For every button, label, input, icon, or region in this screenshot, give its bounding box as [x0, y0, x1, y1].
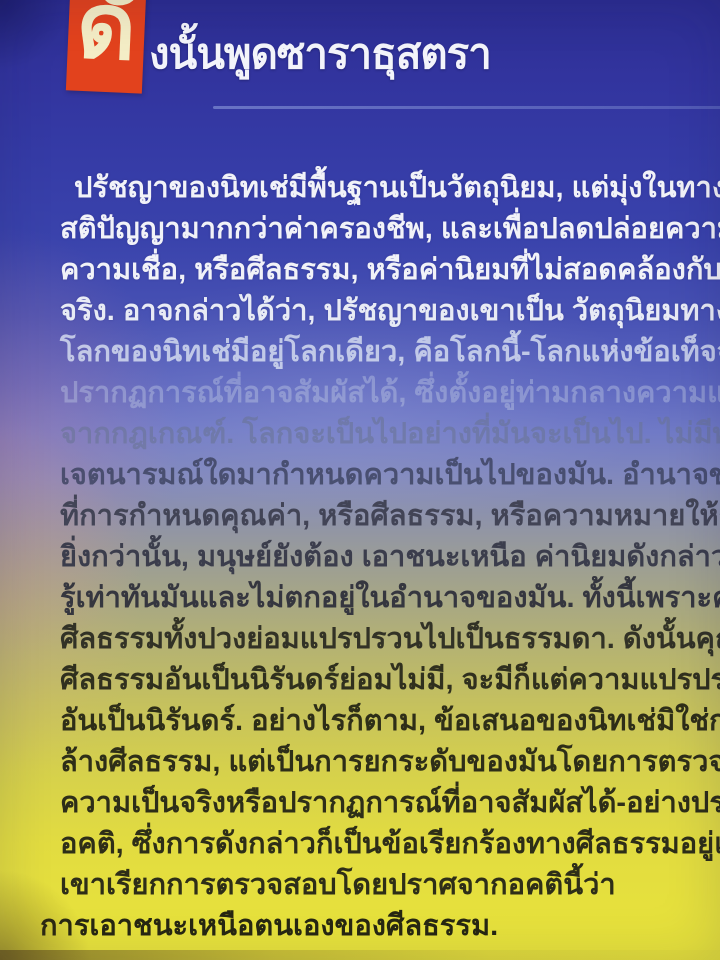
text-line-regular: โลกของนิทเช่มีอยู่โลกเดียว, คือโลกนี้-โล… [60, 336, 720, 368]
text-line-regular: จากกฎเกณฑ์. โลกจะเป็นไปอย่างที่มันจะเป็น… [60, 418, 720, 450]
text-line: ล้างศีลธรรม, แต่เป็นการยกระดับของมันโดยก… [60, 742, 696, 783]
text-line: อคติ, ซึ่งการดังกล่าวก็เป็นข้อเรียกร้องท… [60, 824, 696, 865]
text-line-regular: อคติ, ซึ่งการดังกล่าวก็เป็นข้อเรียกร้องท… [60, 828, 720, 860]
text-line-regular: ที่การกำหนดคุณค่า, หรือศีลธรรม, หรือความ… [60, 500, 720, 532]
book-page: ดั งนั้นพูดซาราธุสตรา ปรัชญาของนิทเช่มีพ… [0, 0, 720, 960]
text-line: ที่การกำหนดคุณค่า, หรือศีลธรรม, หรือความ… [60, 496, 696, 537]
text-line-regular: เขาเรียกการตรวจสอบโดยปราศจากอคตินี้ว่า [60, 869, 616, 901]
text-line-regular: อันเป็นนิรันดร์. อย่างไรก็ตาม, ข้อเสนอขอ… [60, 705, 720, 737]
header-divider-line [213, 106, 720, 109]
text-line-regular: ล้างศีลธรรม, แต่เป็นการยกระดับของมันโดยก… [60, 746, 720, 778]
text-line: ความเชื่อ, หรือศีลธรรม, หรือค่านิยมที่ไม… [60, 250, 696, 291]
text-line-bold: วัตถุนิยมทางศีลธรรม [572, 295, 720, 327]
text-line-regular: สติปัญญามากกว่าค่าครองชีพ, และเพื่อปลดปล… [60, 213, 720, 245]
chapter-title: งนั้นพูดซาราธุสตรา [149, 28, 491, 80]
text-line: ศีลธรรมทั้งปวงย่อมแปรปรวนไปเป็นธรรมดา. ด… [60, 619, 696, 660]
text-line-regular: จริง. อาจกล่าวได้ว่า, ปรัชญาของเขาเป็น [60, 295, 572, 327]
text-line-bold: การเอาชนะเหนือตนเองของศีลธรรม. [40, 910, 498, 942]
text-line: ศีลธรรมอันเป็นนิรันดร์ย่อมไม่มี, จะมีก็แ… [60, 660, 696, 701]
text-line: ปรากฏการณ์ที่อาจสัมผัสได้, ซึ่งตั้งอยู่ท… [60, 373, 696, 414]
text-line: ความเป็นจริงหรือปรากฏการณ์ที่อาจสัมผัสได… [60, 783, 696, 824]
text-line-regular: ความเป็นจริงหรือปรากฏการณ์ที่อาจสัมผัสได… [60, 787, 720, 819]
text-line-regular: ปรัชญาของนิทเช่มีพื้นฐานเป็นวัตถุนิยม, แ… [74, 172, 720, 204]
text-line: เจตนารมณ์ใดมากำหนดความเป็นไปของมัน. อำนา… [60, 455, 696, 496]
text-line: รู้เท่าทันมันและไม่ตกอยู่ในอำนาจของมัน. … [60, 578, 696, 619]
text-line-regular: ปรากฏการณ์ที่อาจสัมผัสได้, ซึ่งตั้งอยู่ท… [60, 377, 720, 409]
text-line: โลกของนิทเช่มีอยู่โลกเดียว, คือโลกนี้-โล… [60, 332, 696, 373]
text-line: ปรัชญาของนิทเช่มีพื้นฐานเป็นวัตถุนิยม, แ… [60, 168, 696, 209]
text-line: จริง. อาจกล่าวได้ว่า, ปรัชญาของเขาเป็น ว… [60, 291, 696, 332]
text-line-regular: ศีลธรรมทั้งปวงย่อมแปรปรวนไปเป็นธรรมดา. ด… [60, 623, 720, 655]
chapter-dropcap-box: ดั [66, 0, 146, 94]
text-line: เขาเรียกการตรวจสอบโดยปราศจากอคตินี้ว่า [60, 865, 696, 906]
text-line-regular: ศีลธรรมอันเป็นนิรันดร์ย่อมไม่มี, จะมีก็แ… [60, 664, 720, 696]
text-line: การเอาชนะเหนือตนเองของศีลธรรม. [40, 906, 696, 947]
text-line: จากกฎเกณฑ์. โลกจะเป็นไปอย่างที่มันจะเป็น… [60, 414, 696, 455]
text-line: ยิ่งกว่านั้น, มนุษย์ยังต้อง เอาชนะเหนือ … [60, 537, 696, 578]
chapter-dropcap-letter: ดั [74, 0, 138, 83]
text-line-regular: ยิ่งกว่านั้น, มนุษย์ยังต้อง เอาชนะเหนือ … [60, 541, 720, 573]
body-text-block: ปรัชญาของนิทเช่มีพื้นฐานเป็นวัตถุนิยม, แ… [0, 168, 720, 947]
text-line-regular: รู้เท่าทันมันและไม่ตกอยู่ในอำนาจของมัน. … [60, 582, 720, 614]
text-line-regular: เจตนารมณ์ใดมากำหนดความเป็นไปของมัน. อำนา… [60, 459, 720, 491]
text-line-regular: ความเชื่อ, หรือศีลธรรม, หรือค่านิยมที่ไม… [60, 254, 720, 286]
text-line: อันเป็นนิรันดร์. อย่างไรก็ตาม, ข้อเสนอขอ… [60, 701, 696, 742]
text-line: สติปัญญามากกว่าค่าครองชีพ, และเพื่อปลดปล… [60, 209, 696, 250]
page-bottom-shadow [0, 950, 720, 960]
